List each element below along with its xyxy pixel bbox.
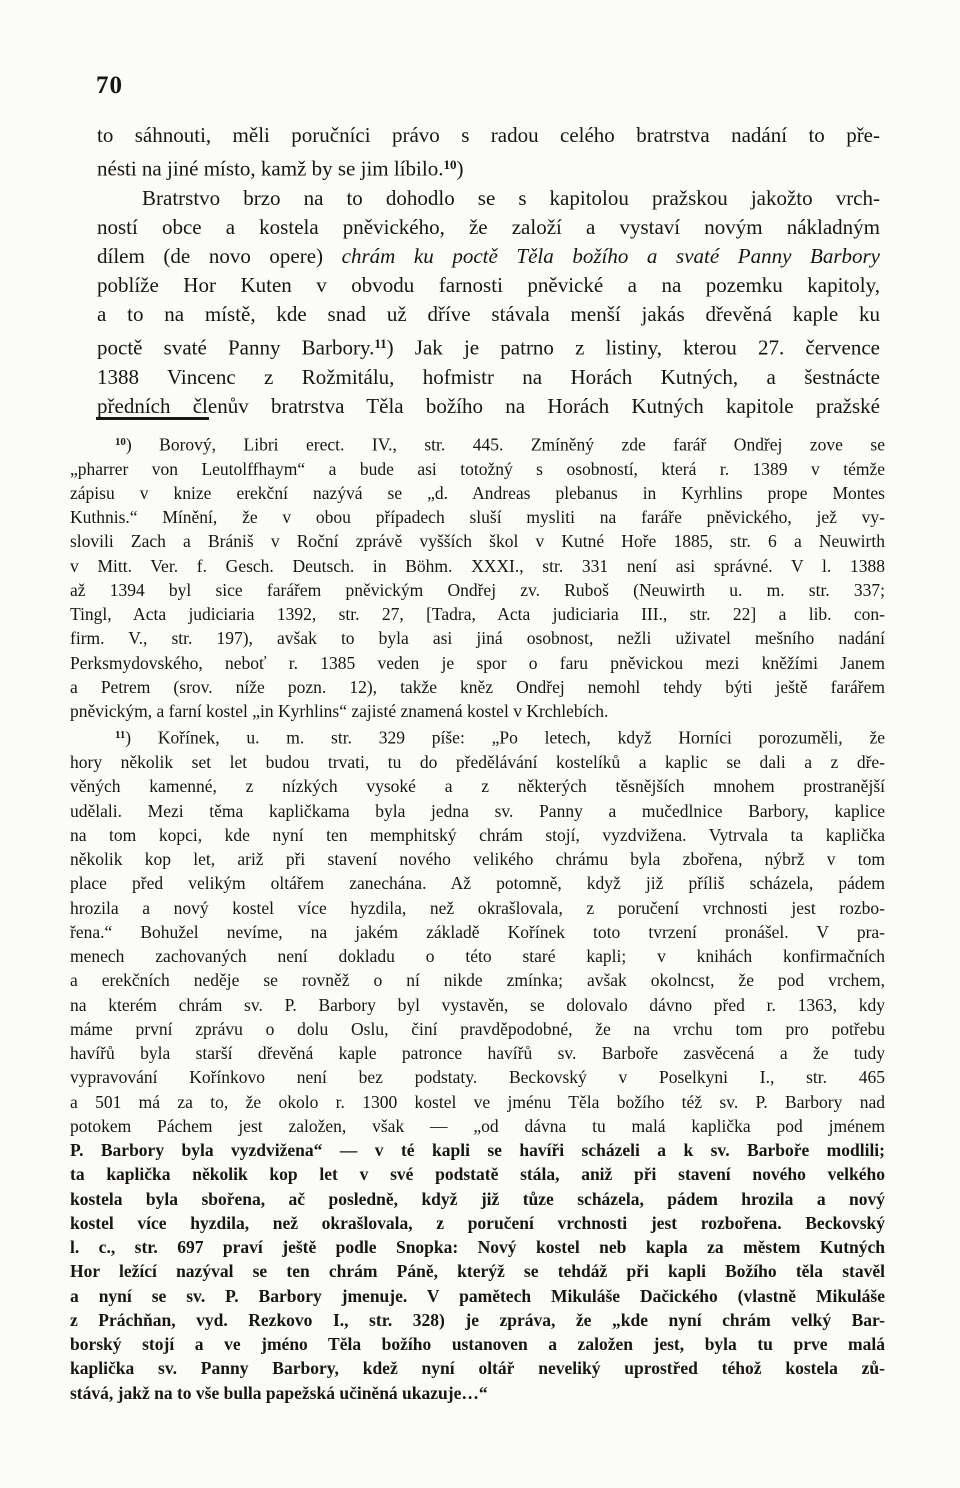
- text-line: máme první zprávu o dolu Oslu, činí prav…: [70, 1017, 885, 1041]
- text-run: a erekčních neděje se rovněž o ní nikde …: [70, 970, 885, 990]
- text-line: řena.“ Bohužel nevíme, na jakém základě …: [70, 920, 885, 944]
- text-run: dílem (de novo opere): [97, 244, 342, 268]
- text-run: 1388 Vincenc z Rožmitálu, hofmistr na Ho…: [97, 365, 880, 389]
- text-run: l. c., str. 697 praví ještě podle Snopka…: [70, 1237, 885, 1257]
- text-line: borský stojí a ve jméno Těla božího usta…: [70, 1332, 885, 1356]
- text-run: pněvickým, a farní kostel „in Kyrhlins“ …: [70, 701, 608, 721]
- text-line: Kuthnis.“ Mínění, že v obou případech sl…: [70, 505, 885, 529]
- text-run: borský stojí a ve jméno Těla božího usta…: [70, 1334, 885, 1354]
- text-run: a 501 má za to, že okolo r. 1300 kostel …: [70, 1092, 885, 1112]
- text-run: Bratrstvo brzo na to dohodlo se s kapito…: [142, 186, 880, 210]
- text-run: z Práchňan, vyd. Rezkovo I., str. 328) j…: [70, 1310, 885, 1330]
- text-line: předních členův bratrstva Těla božího na…: [97, 392, 880, 421]
- text-run: v Mitt. Ver. f. Gesch. Deutsch. in Böhm.…: [70, 556, 885, 576]
- text-run: na kterém chrám sv. P. Barbory byl vysta…: [70, 995, 885, 1015]
- text-line: a 501 má za to, že okolo r. 1300 kostel …: [70, 1090, 885, 1114]
- text-run: na tom kopci, kde nyní ten memphitský ch…: [70, 825, 885, 845]
- text-run: řena.“ Bohužel nevíme, na jakém základě …: [70, 922, 885, 942]
- text-line: pněvickým, a farní kostel „in Kyrhlins“ …: [70, 699, 885, 723]
- text-run: ta kaplička několik kop let v své podsta…: [70, 1164, 885, 1184]
- text-line: dílem (de novo opere) chrám ku poctě Těl…: [97, 242, 880, 271]
- text-run: a Petrem (srov. níže pozn. 12), takže kn…: [70, 677, 885, 697]
- text-line: l. c., str. 697 praví ještě podle Snopka…: [70, 1235, 885, 1259]
- footnote-marker: 10: [115, 436, 126, 448]
- text-line: a nyní se sv. P. Barbory jmenuje. V pamě…: [70, 1284, 885, 1308]
- text-run: poctě svaté Panny Barbory.: [97, 336, 374, 360]
- text-run: potokem Páchem jest založen, však — „od …: [70, 1116, 885, 1136]
- text-line: z Práchňan, vyd. Rezkovo I., str. 328) j…: [70, 1308, 885, 1332]
- text-run: ): [456, 157, 463, 181]
- text-run: stává, jakž na to vše bulla papežská uči…: [70, 1383, 488, 1403]
- text-line: place před velikým oltářem zanechána. Až…: [70, 871, 885, 895]
- text-run: hory několik set let budou trvati, tu do…: [70, 752, 885, 772]
- text-run: vypravování Kořínkovo není bez podstaty.…: [70, 1067, 885, 1087]
- text-run: až 1394 byl sice farářem pněvickým Ondře…: [70, 580, 885, 600]
- body-text: to sáhnouti, měli poručníci právo s rado…: [97, 121, 880, 421]
- text-line: hory několik set let budou trvati, tu do…: [70, 750, 885, 774]
- italic-phrase: chrám ku poctě Těla božího a svaté Panny…: [342, 244, 880, 268]
- footnotes-section: 10) Borový, Libri erect. IV., str. 445. …: [70, 430, 885, 1405]
- book-page: 70 to sáhnouti, měli poručníci právo s r…: [0, 0, 960, 1488]
- text-run: a nyní se sv. P. Barbory jmenuje. V pamě…: [70, 1286, 885, 1306]
- text-line: Hor ležící nazýval se ten chrám Páně, kt…: [70, 1259, 885, 1283]
- text-line: Bratrstvo brzo na to dohodlo se s kapito…: [97, 184, 880, 213]
- text-line: kaplička sv. Panny Barbory, kdež nyní ol…: [70, 1356, 885, 1380]
- footnote-marker: 10: [443, 157, 456, 172]
- text-run: to sáhnouti, měli poručníci právo s rado…: [97, 123, 880, 147]
- text-line: menech zachovaných není dokladu o této s…: [70, 944, 885, 968]
- text-run: „pharrer von Leutolffhaym“ a bude asi to…: [70, 459, 885, 479]
- text-line: ností obce a kostela pněvického, že zalo…: [97, 213, 880, 242]
- text-line: havířů byla starší dřevěná kaple patronc…: [70, 1041, 885, 1065]
- text-run: a to na místě, kde snad už dříve stávala…: [97, 302, 880, 326]
- footnote-marker: 11: [115, 729, 125, 741]
- footnote-10: 10) Borový, Libri erect. IV., str. 445. …: [70, 430, 885, 723]
- text-line: na kterém chrám sv. P. Barbory byl vysta…: [70, 993, 885, 1017]
- text-line: „pharrer von Leutolffhaym“ a bude asi to…: [70, 457, 885, 481]
- text-line: a erekčních neděje se rovněž o ní nikde …: [70, 968, 885, 992]
- text-run: Kuthnis.“ Mínění, že v obou případech sl…: [70, 507, 885, 527]
- text-run: slovili Zach a Brániš v Roční zprávě vyš…: [70, 531, 885, 551]
- text-line: 1388 Vincenc z Rožmitálu, hofmistr na Ho…: [97, 363, 880, 392]
- text-run: firm. V., str. 197), avšak to byla asi j…: [70, 628, 885, 648]
- text-run: Tingl, Acta judiciaria 1392, str. 27, [T…: [70, 604, 885, 624]
- text-line: poctě svaté Panny Barbory.11) Jak je pat…: [97, 329, 880, 363]
- text-run: ) Borový, Libri erect. IV., str. 445. Zm…: [126, 434, 885, 454]
- text-line: ta kaplička několik kop let v své podsta…: [70, 1162, 885, 1186]
- text-line: několik kop let, ariž při stavení nového…: [70, 847, 885, 871]
- text-line: v Mitt. Ver. f. Gesch. Deutsch. in Böhm.…: [70, 554, 885, 578]
- text-run: ) Jak je patrno z listiny, kterou 27. če…: [387, 336, 880, 360]
- text-run: několik kop let, ariž při stavení nového…: [70, 849, 885, 869]
- page-number: 70: [96, 72, 123, 100]
- text-run: Perksmydovského, neboť r. 1385 veden je …: [70, 653, 885, 673]
- text-line: P. Barbory byla vyzdvižena“ — v té kapli…: [70, 1138, 885, 1162]
- text-line: nésti na jiné místo, kamž by se jim líbi…: [97, 150, 880, 184]
- text-line: a Petrem (srov. níže pozn. 12), takže kn…: [70, 675, 885, 699]
- text-line: hrozila a nový kostel více hyzdila, než …: [70, 896, 885, 920]
- footnote-separator: [96, 417, 209, 420]
- text-run: P. Barbory byla vyzdvižena“ — v té kapli…: [70, 1140, 885, 1160]
- text-run: udělali. Mezi těma kapličkama byla jedna…: [70, 801, 885, 821]
- text-line: to sáhnouti, měli poručníci právo s rado…: [97, 121, 880, 150]
- text-line: a to na místě, kde snad už dříve stávala…: [97, 300, 880, 329]
- text-run: kostel více hyzdila, než okrašlovala, z …: [70, 1213, 885, 1233]
- text-line: až 1394 byl sice farářem pněvickým Ondře…: [70, 578, 885, 602]
- text-line: slovili Zach a Brániš v Roční zprávě vyš…: [70, 529, 885, 553]
- text-run: nésti na jiné místo, kamž by se jim líbi…: [97, 157, 443, 181]
- text-run: hrozila a nový kostel více hyzdila, než …: [70, 898, 885, 918]
- text-run: place před velikým oltářem zanechána. Až…: [70, 873, 885, 893]
- text-line: zápisu v knize erekční nazývá se „d. And…: [70, 481, 885, 505]
- text-line: věných kamenné, z nízkých vysoké a z něk…: [70, 774, 885, 798]
- text-run: havířů byla starší dřevěná kaple patronc…: [70, 1043, 885, 1063]
- text-line: Perksmydovského, neboť r. 1385 veden je …: [70, 651, 885, 675]
- text-line: 11) Kořínek, u. m. str. 329 píše: „Po le…: [70, 723, 885, 750]
- text-run: ností obce a kostela pněvického, že zalo…: [97, 215, 880, 239]
- text-line: kostel více hyzdila, než okrašlovala, z …: [70, 1211, 885, 1235]
- text-line: potokem Páchem jest založen, však — „od …: [70, 1114, 885, 1138]
- text-run: Hor ležící nazýval se ten chrám Páně, kt…: [70, 1261, 885, 1281]
- text-line: vypravování Kořínkovo není bez podstaty.…: [70, 1065, 885, 1089]
- text-line: udělali. Mezi těma kapličkama byla jedna…: [70, 799, 885, 823]
- footnote-11: 11) Kořínek, u. m. str. 329 píše: „Po le…: [70, 723, 885, 1404]
- text-run: předních členův bratrstva Těla božího na…: [97, 394, 880, 418]
- text-line: poblíže Hor Kuten v obvodu farnosti pněv…: [97, 271, 880, 300]
- text-run: máme první zprávu o dolu Oslu, činí prav…: [70, 1019, 885, 1039]
- text-line: kostela byla sbořena, ač posledně, když …: [70, 1187, 885, 1211]
- text-run: zápisu v knize erekční nazývá se „d. And…: [70, 483, 885, 503]
- text-line: na tom kopci, kde nyní ten memphitský ch…: [70, 823, 885, 847]
- footnote-marker: 11: [374, 336, 386, 351]
- text-run: věných kamenné, z nízkých vysoké a z něk…: [70, 776, 885, 796]
- text-run: poblíže Hor Kuten v obvodu farnosti pněv…: [97, 273, 880, 297]
- text-line: Tingl, Acta judiciaria 1392, str. 27, [T…: [70, 602, 885, 626]
- text-run: kaplička sv. Panny Barbory, kdež nyní ol…: [70, 1358, 885, 1378]
- text-line: 10) Borový, Libri erect. IV., str. 445. …: [70, 430, 885, 457]
- text-line: firm. V., str. 197), avšak to byla asi j…: [70, 626, 885, 650]
- text-run: menech zachovaných není dokladu o této s…: [70, 946, 885, 966]
- text-run: kostela byla sbořena, ač posledně, když …: [70, 1189, 885, 1209]
- text-line: stává, jakž na to vše bulla papežská uči…: [70, 1381, 885, 1405]
- text-run: ) Kořínek, u. m. str. 329 píše: „Po lete…: [125, 728, 885, 748]
